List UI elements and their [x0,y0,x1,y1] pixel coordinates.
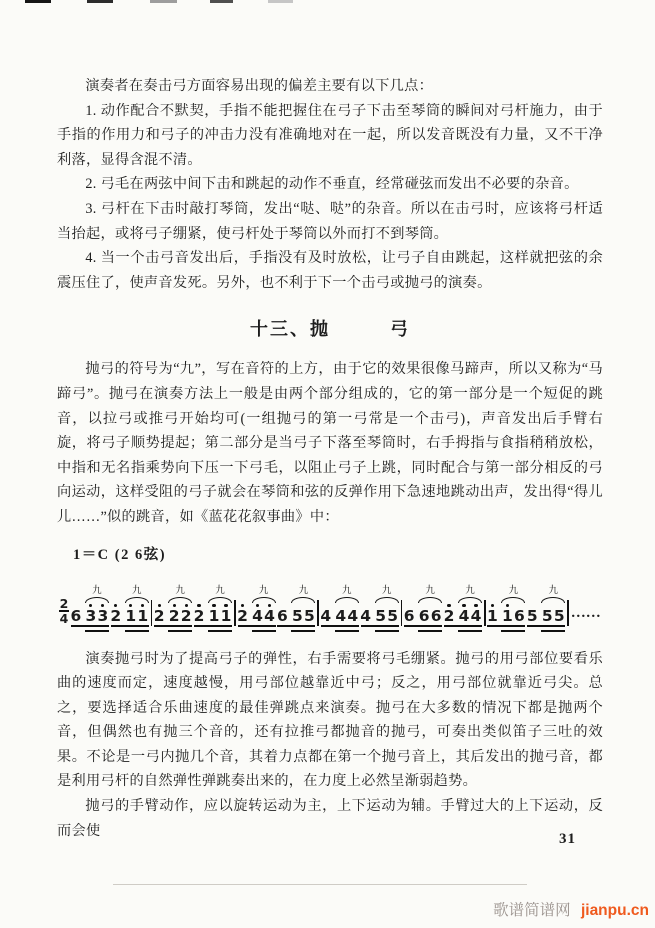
barline [317,600,319,626]
note-digit: 6 [419,609,430,624]
jianpu-note: 5 [292,604,302,624]
jianpu-note: 6 [277,604,287,624]
notation-beat: 2九11 [194,586,232,632]
jianpu-note: 6 [431,604,441,624]
slur-arc [291,597,315,603]
note-digit: 4 [459,609,470,624]
note-digit: 1 [487,609,498,624]
notation-beat: 1九16 [487,586,525,632]
jianpu-note: 4 [361,604,371,624]
time-signature-numerator: 2 [60,599,69,609]
numbered-point: 1. 动作配合不默契，手指不能把握住在弓子下击至琴筒的瞬间对弓杆施力，由于手指的… [57,99,603,173]
note-digit: 6 [431,609,442,624]
jianpu-note: 5 [388,604,398,624]
slur-arc [501,597,525,603]
slur-arc [375,597,399,603]
note-digit: 2 [444,609,455,624]
jiu-ornament-mark: 九 [342,586,352,596]
scan-artifact-mark [210,0,233,3]
jianpu-note: 4 [348,604,358,624]
thrown-bow-group: 九44 [458,586,482,624]
watermark: 歌谱简谱网 jianpu.cn [493,898,649,920]
slur-arc [541,597,565,603]
jianpu-note: 1 [502,604,512,624]
scan-artifact-mark [87,0,113,3]
jianpu-note: 4 [459,604,469,624]
jiu-ornament-mark: 九 [175,586,185,596]
slur-arc [125,597,149,603]
footer-rule [113,884,527,885]
note-digit: 1 [137,609,148,624]
jianpu-note: 5 [376,604,386,624]
throw-bow-description-paragraph: 抛弓的符号为“九”，写在音符的上方，由于它的效果很像马蹄声，所以又称为“马蹄弓”… [57,357,603,529]
note-digit: 2 [169,609,180,624]
barline [567,600,569,626]
note-digit: 5 [527,609,538,624]
thrown-bow-group: 九22 [168,586,192,624]
time-signature-denominator: 4 [60,614,69,624]
note-digit: 5 [387,609,398,624]
intro-paragraph: 演奏者在奏击弓方面容易出现的偏差主要有以下几点： [57,74,603,99]
thrown-bow-group: 九44 [252,586,276,624]
jianpu-note: 2 [154,604,164,624]
note-digit: 4 [320,609,331,624]
note-digit: 2 [181,609,192,624]
jianpu-note: 2 [444,604,454,624]
note-digit: 4 [471,609,482,624]
note-digit: 2 [110,609,121,624]
note-digit: 5 [554,609,565,624]
note-pair: 44 [336,604,358,624]
jiu-ornament-mark: 九 [132,586,142,596]
note-digit: 4 [360,609,371,624]
jianpu-note: 2 [111,604,121,624]
thrown-bow-group: 九55 [541,586,565,624]
thrown-bow-group: 九66 [418,586,442,624]
jianpu-note: 2 [169,604,179,624]
jianpu-note: 2 [181,604,191,624]
slur-arc [458,597,482,603]
thrown-bow-group: 九55 [291,586,315,624]
jianpu-note: 4 [265,604,275,624]
time-signature: 2 4 [59,599,69,624]
jianpu-note: 6 [404,604,414,624]
jianpu-note: 6 [71,604,81,624]
notation-beat: 2九44 [444,586,482,632]
notation-beat: 6九33 [71,586,109,632]
notation-beat: 6九66 [404,586,442,632]
thrown-bow-group: 九11 [208,586,232,624]
note-digit: 4 [252,609,263,624]
scanned-book-page: 演奏者在奏击弓方面容易出现的偏差主要有以下几点： 1. 动作配合不默契，手指不能… [0,0,655,928]
note-pair: 11 [209,604,231,624]
note-digit: 3 [85,609,96,624]
note-pair: 16 [502,604,524,624]
note-pair: 44 [253,604,275,624]
thrown-bow-group: 九33 [85,586,109,624]
jiu-ornament-mark: 九 [299,586,309,596]
jiu-ornament-mark: 九 [425,586,435,596]
section-heading: 十三、抛 弓 [57,315,603,341]
notation-beat: 4九44 [321,586,359,632]
jianpu-note: 1 [487,604,497,624]
jiu-ornament-mark: 九 [549,586,559,596]
thrown-bow-group: 九55 [375,586,399,624]
watermark-site-name: 歌谱简谱网 [493,902,571,919]
jianpu-note: 1 [209,604,219,624]
note-digit: 5 [375,609,386,624]
note-digit: 6 [514,609,525,624]
performance-advice-paragraph: 演奏抛弓时为了提高弓子的弹性，右手需要将弓毛绷紧。抛弓的用弓部位要看乐曲的速度而… [57,647,603,795]
scan-artifact-mark [150,0,177,3]
thrown-bow-group: 九11 [125,586,149,624]
barline [484,600,486,626]
notation-beat: 2九44 [238,586,276,632]
jiu-ornament-mark: 九 [509,586,519,596]
note-pair: 11 [126,604,148,624]
jianpu-note: 5 [554,604,564,624]
note-pair: 55 [542,604,564,624]
note-digit: 5 [304,609,315,624]
continuation-ellipsis: …… [571,605,601,622]
note-pair: 22 [169,604,191,624]
jianpu-note: 6 [419,604,429,624]
page-body-text: 演奏者在奏击弓方面容易出现的偏差主要有以下几点： 1. 动作配合不默契，手指不能… [57,74,603,843]
note-pair: 55 [376,604,398,624]
note-digit: 1 [209,609,220,624]
scan-artifact-mark [268,0,293,3]
note-digit: 2 [237,609,248,624]
jiu-ornament-mark: 九 [92,586,102,596]
jianpu-note: 5 [527,604,537,624]
note-digit: 1 [221,609,232,624]
jianpu-note: 1 [138,604,148,624]
jiu-ornament-mark: 九 [259,586,269,596]
jianpu-note: 4 [336,604,346,624]
jianpu-note: 3 [98,604,108,624]
thrown-bow-group: 九16 [501,586,525,624]
thrown-bow-group: 九44 [335,586,359,624]
barline [401,600,403,626]
jianpu-note: 4 [321,604,331,624]
notation-beat: 6九55 [277,586,315,632]
watermark-domain: jianpu.cn [581,902,649,919]
jiu-ornament-mark: 九 [382,586,392,596]
note-pair: 44 [459,604,481,624]
slur-arc [418,597,442,603]
slur-arc [335,597,359,603]
numbered-point: 4. 当一个击弓音发出后，手指没有及时放松，让弓子自由跳起，这样就把弦的余震压住… [57,246,603,295]
jianpu-note: 4 [253,604,263,624]
jianpu-note: 1 [126,604,136,624]
note-digit: 5 [292,609,303,624]
numbered-points: 1. 动作配合不默契，手指不能把握住在弓子下击至琴筒的瞬间对弓杆施力，由于手指的… [57,99,603,296]
arm-motion-paragraph: 抛弓的手臂动作，应以旋转运动为主，上下运动为辅。手臂过大的上下运动，反而会使 [57,794,603,843]
numbered-point: 2. 弓毛在两弦中间下击和跳起的动作不垂直，经常碰弦而发出不必要的杂音。 [57,172,603,197]
barline [234,600,236,626]
jianpu-note: 5 [304,604,314,624]
jianpu-note: 1 [221,604,231,624]
notation-line: 2 4 6九332九112九222九112九446九554九444九556九66… [59,576,601,632]
note-digit: 4 [264,609,275,624]
notation-beat: 2九11 [111,586,149,632]
jiu-ornament-mark: 九 [465,586,475,596]
notation-beat: 2九22 [154,586,192,632]
note-pair: 33 [86,604,108,624]
notation-beat: 4九55 [361,586,399,632]
note-pair: 55 [292,604,314,624]
slur-arc [208,597,232,603]
note-digit: 2 [154,609,165,624]
slur-arc [168,597,192,603]
note-pair: 66 [419,604,441,624]
note-digit: 6 [277,609,288,624]
note-digit: 4 [335,609,346,624]
note-digit: 6 [70,609,81,624]
note-digit: 2 [194,609,205,624]
slur-arc [252,597,276,603]
note-digit: 5 [542,609,553,624]
notation-beat: 5九55 [527,586,565,632]
jianpu-note: 4 [471,604,481,624]
scan-artifact-mark [25,0,51,3]
numbered-point: 3. 弓杆在下击时敲打琴筒，发出“哒、哒”的杂音。所以在击弓时，应该将弓杆适当抬… [57,197,603,246]
jianpu-note: 5 [542,604,552,624]
note-digit: 6 [404,609,415,624]
note-digit: 3 [97,609,108,624]
key-signature-line: 1＝C (2 6弦) [57,543,603,564]
jianpu-note: 6 [514,604,524,624]
jianpu-note: 2 [194,604,204,624]
barline [151,600,153,626]
jianpu-note: 3 [86,604,96,624]
page-number: 31 [559,831,576,848]
note-digit: 4 [347,609,358,624]
jianpu-note: 2 [238,604,248,624]
note-digit: 1 [125,609,136,624]
slur-arc [85,597,109,603]
jiu-ornament-mark: 九 [215,586,225,596]
note-digit: 1 [502,609,513,624]
